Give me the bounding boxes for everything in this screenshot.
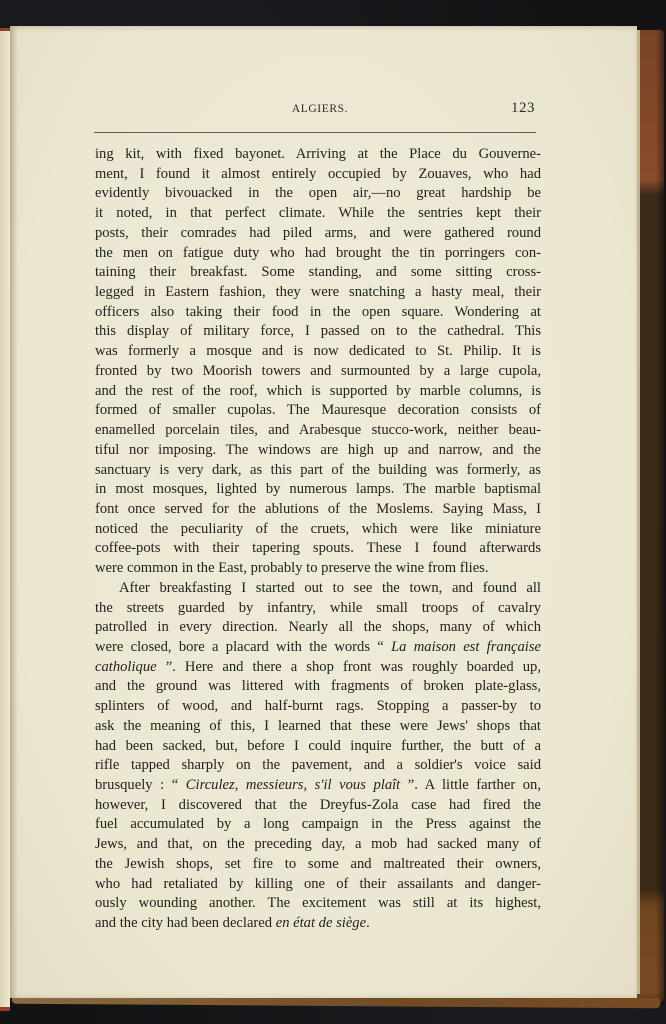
text-segment: fronted by two Moorish towers and surmou… — [95, 363, 541, 379]
text-segment: coffee-pots with their tapering spouts. … — [95, 540, 541, 556]
text-line: the streets guarded by infantry, while s… — [95, 599, 541, 619]
text-line: was formerly a mosque and is now dedicat… — [95, 342, 541, 362]
text-line: fronted by two Moorish towers and surmou… — [95, 362, 541, 382]
text-segment: had been sacked, but, before I could inq… — [95, 738, 541, 754]
text-segment: Jews, and that, on the preceding day, a … — [95, 836, 541, 852]
text-line: legged in Eastern fashion, they were sna… — [95, 283, 541, 303]
text-segment: formed of smaller cupolas. The Mauresque… — [95, 402, 541, 418]
gutter-shadow — [10, 26, 18, 998]
text-line: in most mosques, lighted by numerous lam… — [95, 480, 541, 500]
text-segment: ”. A little farther on, — [400, 777, 541, 793]
text-segment: taining their breakfast. Some standing, … — [95, 264, 541, 280]
text-segment: legged in Eastern fashion, they were sna… — [95, 284, 541, 300]
text-segment: evidently bivouacked in the open air,—no… — [95, 185, 541, 201]
text-segment: this display of military force, I passed… — [95, 323, 541, 339]
text-segment: and the rest of the roof, which is suppo… — [95, 383, 541, 399]
text-line: brusquely : “ Circulez, messieurs, s'il … — [95, 776, 541, 796]
text-line: and the city had been declared en état d… — [95, 914, 541, 934]
text-line: ment, I found it almost entirely occupie… — [95, 165, 541, 185]
text-segment: the Jewish shops, set fire to some and m… — [95, 856, 541, 872]
text-segment: was formerly a mosque and is now dedicat… — [95, 343, 541, 359]
text-line: rifle tapped sharply on the pavement, an… — [95, 756, 541, 776]
text-line: ing kit, with fixed bayonet. Arriving at… — [95, 145, 541, 165]
header-rule — [94, 132, 536, 133]
text-segment: ously wounding another. The excitement w… — [95, 895, 541, 911]
text-segment: officers also taking their food in the o… — [95, 304, 541, 320]
text-line: catholique ”. Here and there a shop fron… — [95, 658, 541, 678]
text-line: it noted, in that perfect climate. While… — [95, 204, 541, 224]
text-segment: it noted, in that perfect climate. While… — [95, 205, 541, 221]
text-line: and the rest of the roof, which is suppo… — [95, 382, 541, 402]
text-segment: After breakfasting I started out to see … — [119, 580, 541, 596]
page-number: 123 — [511, 100, 535, 117]
text-segment: font once served for the ablutions of th… — [95, 501, 541, 517]
text-line: formed of smaller cupolas. The Mauresque… — [95, 401, 541, 421]
text-line: this display of military force, I passed… — [95, 322, 541, 342]
text-segment: posts, their comrades had piled arms, an… — [95, 225, 541, 241]
text-line: noticed the peculiarity of the cruets, w… — [95, 520, 541, 540]
text-line: the men on fatigue duty who had brought … — [95, 244, 541, 264]
text-line: the Jewish shops, set fire to some and m… — [95, 855, 541, 875]
text-segment: and the city had been declared — [95, 915, 276, 931]
text-segment: sanctuary is very dark, as this part of … — [95, 462, 541, 478]
text-segment: ment, I found it almost entirely occupie… — [95, 166, 541, 182]
text-segment: tiful nor imposing. The windows are high… — [95, 442, 541, 458]
text-line: coffee-pots with their tapering spouts. … — [95, 539, 541, 559]
text-segment: ask the meaning of this, I learned that … — [95, 718, 541, 734]
text-segment: noticed the peculiarity of the cruets, w… — [95, 521, 541, 537]
running-head: ALGIERS. 123 — [95, 100, 537, 120]
text-line: taining their breakfast. Some standing, … — [95, 263, 541, 283]
text-line: who had retaliated by killing one of the… — [95, 875, 541, 895]
text-line: posts, their comrades had piled arms, an… — [95, 224, 541, 244]
text-line: sanctuary is very dark, as this part of … — [95, 461, 541, 481]
text-segment: brusquely : “ — [95, 777, 186, 793]
text-line: officers also taking their food in the o… — [95, 303, 541, 323]
text-line: Jews, and that, on the preceding day, a … — [95, 835, 541, 855]
text-segment: and the ground was littered with fragmen… — [95, 678, 541, 694]
text-segment: were common in the East, probably to pre… — [95, 560, 489, 576]
text-segment: in most mosques, lighted by numerous lam… — [95, 481, 541, 497]
text-segment: splinters of wood, and half-burnt rags. … — [95, 698, 541, 714]
text-line: evidently bivouacked in the open air,—no… — [95, 184, 541, 204]
body-text: ing kit, with fixed bayonet. Arriving at… — [95, 145, 541, 934]
text-segment: ing kit, with fixed bayonet. Arriving at… — [95, 146, 541, 162]
text-segment: however, I discovered that the Dreyfus-Z… — [95, 797, 541, 813]
text-line: had been sacked, but, before I could inq… — [95, 737, 541, 757]
text-line: and the ground was littered with fragmen… — [95, 677, 541, 697]
text-line: splinters of wood, and half-burnt rags. … — [95, 697, 541, 717]
text-line: enamelled porcelain tiles, and Arabesque… — [95, 421, 541, 441]
text-line: ously wounding another. The excitement w… — [95, 894, 541, 914]
text-line: fuel accumulated by a long campaign in t… — [95, 815, 541, 835]
text-segment: the streets guarded by infantry, while s… — [95, 600, 541, 616]
text-segment: . — [366, 915, 370, 931]
running-title: ALGIERS. — [95, 103, 541, 115]
text-segment: enamelled porcelain tiles, and Arabesque… — [95, 422, 541, 438]
book-binding-left — [0, 28, 10, 1011]
italic-phrase: en état de siège — [276, 915, 366, 931]
text-line: were closed, bore a placard with the wor… — [95, 638, 541, 658]
text-line: After breakfasting I started out to see … — [95, 579, 541, 599]
italic-phrase: La maison est française — [391, 639, 541, 655]
text-line: patrolled in every direction. Nearly all… — [95, 618, 541, 638]
text-segment: rifle tapped sharply on the pavement, an… — [95, 757, 541, 773]
text-segment: the men on fatigue duty who had brought … — [95, 245, 541, 261]
text-line: however, I discovered that the Dreyfus-Z… — [95, 796, 541, 816]
text-segment: were closed, bore a placard with the wor… — [95, 639, 391, 655]
italic-phrase: Circulez, messieurs, s'il vous plaît — [186, 777, 400, 793]
text-segment: patrolled in every direction. Nearly all… — [95, 619, 541, 635]
text-segment: ”. Here and there a shop front was rough… — [157, 659, 541, 675]
text-line: font once served for the ablutions of th… — [95, 500, 541, 520]
text-segment: fuel accumulated by a long campaign in t… — [95, 816, 541, 832]
text-line: ask the meaning of this, I learned that … — [95, 717, 541, 737]
binding-shadow — [656, 30, 664, 1004]
text-line: were common in the East, probably to pre… — [95, 559, 541, 579]
italic-phrase: catholique — [95, 659, 157, 675]
text-line: tiful nor imposing. The windows are high… — [95, 441, 541, 461]
text-segment: who had retaliated by killing one of the… — [95, 876, 541, 892]
